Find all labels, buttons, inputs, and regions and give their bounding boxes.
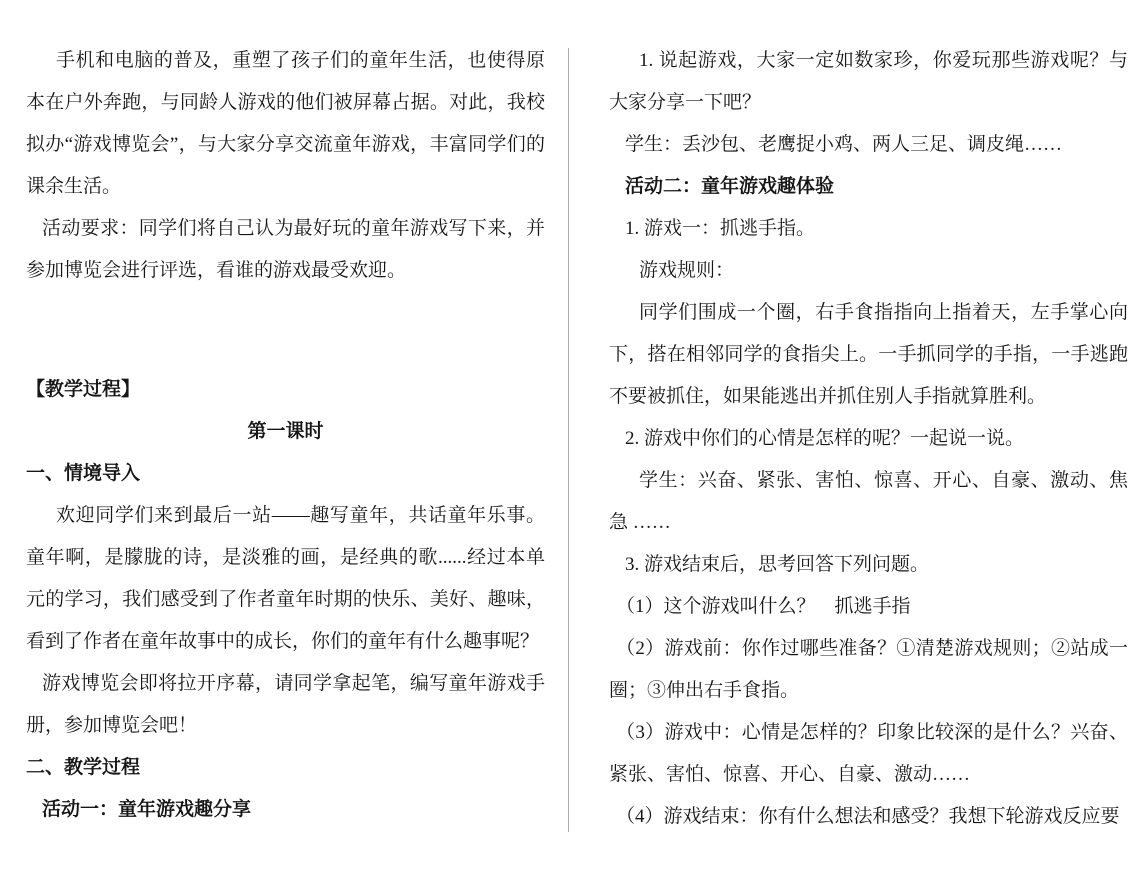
question-feelings-paragraph: 2. 游戏中你们的心情是怎样的呢？一起说一说。 <box>609 418 1128 460</box>
heading-activity-two: 活动二：童年游戏趣体验 <box>609 166 1128 208</box>
left-column: 手机和电脑的普及，重塑了孩子们的童年生活，也使得原本在户外奔跑，与同龄人游戏的他… <box>26 40 545 831</box>
heading-teaching-process: 二、教学过程 <box>26 747 545 789</box>
activity-requirements-paragraph: 活动要求：同学们将自己认为最好玩的童年游戏写下来，并参加博览会进行评选，看谁的游… <box>26 208 545 292</box>
heading-activity-one: 活动一：童年游戏趣分享 <box>26 789 545 831</box>
game-expo-opening-paragraph: 游戏博览会即将拉开序幕，请同学拿起笔，编写童年游戏手册，参加博览会吧！ <box>26 663 545 747</box>
post-game-questions-intro: 3. 游戏结束后，思考回答下列问题。 <box>609 544 1128 586</box>
question-2-preparation: （2）游戏前：你作过哪些准备？①清楚游戏规则；②站成一圈；③伸出右手食指。 <box>609 628 1128 712</box>
question-3-during-game: （3）游戏中：心情是怎样的？印象比较深的是什么？兴奋、紧张、害怕、惊喜、开心、自… <box>609 712 1128 796</box>
section-title-teaching-process: 【教学过程】 <box>26 369 545 411</box>
right-column: 1. 说起游戏，大家一定如数家珍，你爱玩那些游戏呢？与大家分享一下吧？ 学生：丢… <box>609 40 1128 838</box>
lesson-period-title: 第一课时 <box>26 411 545 453</box>
blank-space <box>26 292 545 369</box>
column-divider-line <box>568 48 569 832</box>
heading-situation-introduction: 一、情境导入 <box>26 453 545 495</box>
question-share-games-paragraph: 1. 说起游戏，大家一定如数家珍，你爱玩那些游戏呢？与大家分享一下吧？ <box>609 40 1128 124</box>
question-1-game-name: （1）这个游戏叫什么？ 抓逃手指 <box>609 586 1128 628</box>
game-rules-paragraph: 同学们围成一个圈，右手食指指向上指着天，左手掌心向下，搭在相邻同学的食指尖上。一… <box>609 292 1128 418</box>
document-page: 手机和电脑的普及，重塑了孩子们的童年生活，也使得原本在户外奔跑，与同龄人游戏的他… <box>0 0 1147 882</box>
student-answer-feelings: 学生：兴奋、紧张、害怕、惊喜、开心、自豪、激动、焦急 …… <box>609 460 1128 544</box>
situation-introduction-paragraph: 欢迎同学们来到最后一站——趣写童年，共话童年乐事。童年啊，是朦胧的诗，是淡雅的画… <box>26 495 545 663</box>
student-answer-games: 学生：丢沙包、老鹰捉小鸡、两人三足、调皮绳…… <box>609 124 1128 166</box>
question-4-after-game: （4）游戏结束：你有什么想法和感受？我想下轮游戏反应要 <box>609 796 1128 838</box>
intro-paragraph: 手机和电脑的普及，重塑了孩子们的童年生活，也使得原本在户外奔跑，与同龄人游戏的他… <box>26 40 545 208</box>
game-one-title: 1. 游戏一：抓逃手指。 <box>609 208 1128 250</box>
game-rules-label: 游戏规则： <box>609 250 1128 292</box>
